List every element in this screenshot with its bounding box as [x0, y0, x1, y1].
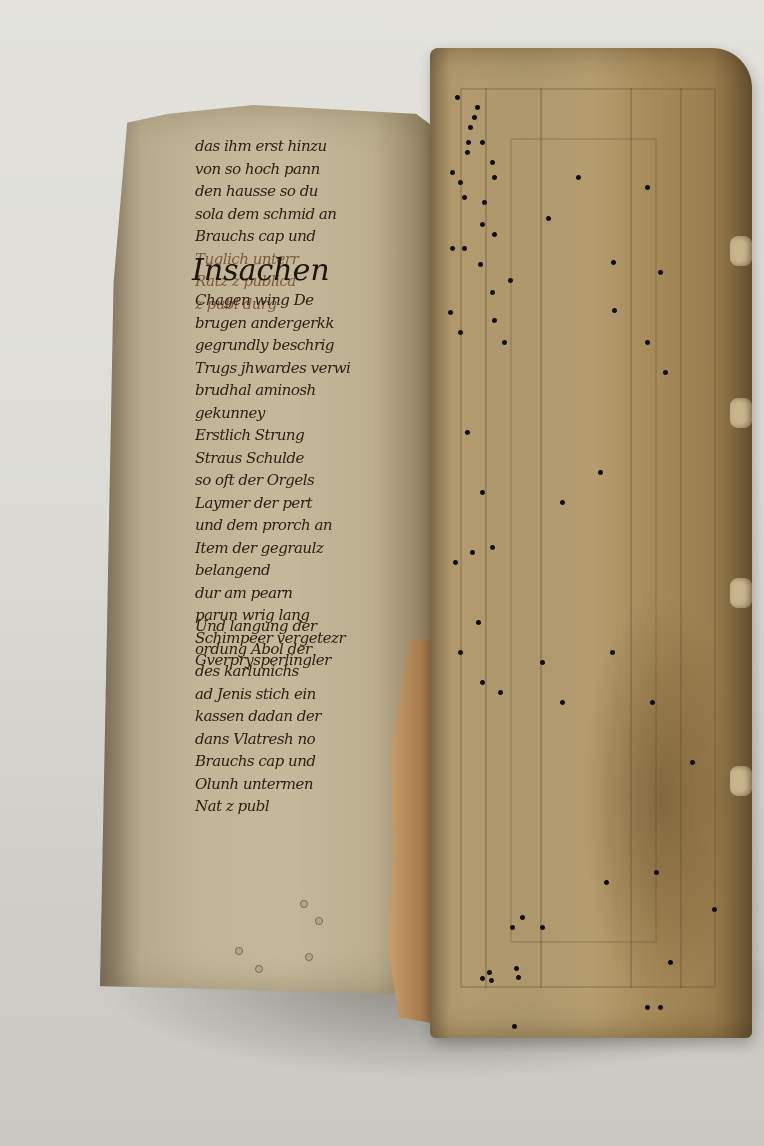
wormhole	[540, 660, 545, 665]
handwritten-line: brugen andergerkk	[195, 312, 435, 335]
wormhole	[468, 125, 473, 130]
wormhole	[611, 260, 616, 265]
wormhole	[604, 880, 609, 885]
handwritten-line: dur am pearn	[195, 582, 435, 605]
wormhole	[480, 680, 485, 685]
handwritten-line: des karlunichs	[195, 660, 435, 683]
wormhole	[612, 308, 617, 313]
wormhole	[492, 318, 497, 323]
wormhole	[476, 620, 481, 625]
spine-band	[730, 578, 752, 608]
manuscript-heading: Insachen	[192, 253, 330, 288]
wormhole	[487, 970, 492, 975]
wormhole	[465, 150, 470, 155]
wormhole	[453, 560, 458, 565]
page-wormhole	[255, 965, 263, 973]
wormhole	[458, 180, 463, 185]
wormhole	[472, 115, 477, 120]
wormhole	[663, 370, 668, 375]
leather-stain	[580, 588, 740, 1008]
wormhole	[560, 500, 565, 505]
wormhole	[712, 907, 717, 912]
wormhole	[480, 140, 485, 145]
handwritten-line: ordung Abol der	[195, 638, 435, 661]
wormhole	[490, 160, 495, 165]
wormhole	[480, 222, 485, 227]
wormhole	[520, 915, 525, 920]
wormhole	[492, 232, 497, 237]
wormhole	[650, 700, 655, 705]
handwritten-line: Brauchs cap und	[195, 225, 435, 248]
leather-cover	[430, 48, 752, 1038]
handwritten-line: und dem prorch an	[195, 514, 435, 537]
handwritten-line: brudhal aminosh	[195, 379, 435, 402]
wormhole	[514, 966, 519, 971]
wormhole	[475, 105, 480, 110]
wormhole	[645, 185, 650, 190]
handwritten-line: Trugs jhwardes verwi	[195, 357, 435, 380]
page-wormhole	[315, 917, 323, 925]
wormhole	[510, 925, 515, 930]
wormhole	[465, 430, 470, 435]
wormhole	[450, 170, 455, 175]
page-wormhole	[235, 947, 243, 955]
handwritten-line: Erstlich Strung	[195, 424, 435, 447]
manuscript-page: das ihm erst hinzuvon so hoch pannden ha…	[100, 105, 440, 995]
handwritten-line: gegrundly beschrig	[195, 334, 435, 357]
spine-band	[730, 766, 752, 796]
wormhole	[450, 246, 455, 251]
handwritten-line: Laymer der pert	[195, 492, 435, 515]
wormhole	[480, 490, 485, 495]
wormhole	[482, 200, 487, 205]
page-fold-shadow	[100, 105, 140, 995]
wormhole	[462, 246, 467, 251]
wormhole	[492, 175, 497, 180]
wormhole	[490, 545, 495, 550]
wormhole	[478, 262, 483, 267]
wormhole	[576, 175, 581, 180]
handwritten-line: Item der gegraulz	[195, 537, 435, 560]
handwritten-line: belangend	[195, 559, 435, 582]
wormhole	[658, 1005, 663, 1010]
handwritten-line: von so hoch pann	[195, 158, 435, 181]
wormhole	[458, 650, 463, 655]
wormhole	[462, 195, 467, 200]
page-wormhole	[300, 900, 308, 908]
wormhole	[458, 330, 463, 335]
handwritten-line: das ihm erst hinzu	[195, 135, 435, 158]
handwritten-line: Und langung der	[195, 615, 435, 638]
handwritten-line: ad Jenis stich ein	[195, 683, 435, 706]
wormhole	[502, 340, 507, 345]
wormhole	[516, 975, 521, 980]
handwritten-line: Straus Schulde	[195, 447, 435, 470]
wormhole	[508, 278, 513, 283]
wormhole	[448, 310, 453, 315]
spine-band	[730, 236, 752, 266]
wormhole	[480, 976, 485, 981]
handwriting-block-top: das ihm erst hinzuvon so hoch pannden ha…	[195, 135, 435, 315]
spine-band	[730, 398, 752, 428]
wormhole	[645, 340, 650, 345]
wormhole	[512, 1024, 517, 1029]
page-wormhole	[305, 953, 313, 961]
wormhole	[645, 1005, 650, 1010]
handwritten-line: den hausse so du	[195, 180, 435, 203]
handwritten-line: gekunney	[195, 402, 435, 425]
wormhole	[490, 290, 495, 295]
wormhole	[610, 650, 615, 655]
wormhole	[598, 470, 603, 475]
tooled-line	[485, 88, 487, 988]
wormhole	[540, 925, 545, 930]
wormhole	[658, 270, 663, 275]
wormhole	[498, 690, 503, 695]
wormhole	[546, 216, 551, 221]
wormhole	[466, 140, 471, 145]
wormhole	[668, 960, 673, 965]
handwritten-line: so oft der Orgels	[195, 469, 435, 492]
wormhole	[690, 760, 695, 765]
wormhole	[654, 870, 659, 875]
wormhole	[489, 978, 494, 983]
wormhole	[470, 550, 475, 555]
wormhole	[455, 95, 460, 100]
handwritten-line: sola dem schmid an	[195, 203, 435, 226]
wormhole	[560, 700, 565, 705]
tooled-line	[540, 88, 542, 988]
handwritten-line: Chagen wing De	[195, 289, 435, 312]
